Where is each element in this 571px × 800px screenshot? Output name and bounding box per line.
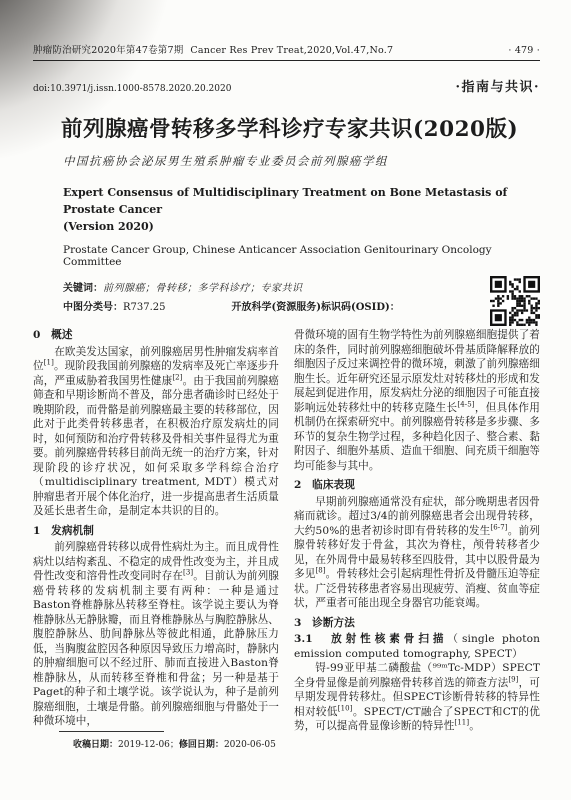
section-heading: 0 概述 xyxy=(33,328,279,343)
revised-date-label: 修回日期： xyxy=(179,740,224,750)
article-author-en: Prostate Cancer Group, Chinese Anticance… xyxy=(33,244,540,268)
article-title-cn: 前列腺癌骨转移多学科诊疗专家共识(2020版) xyxy=(33,112,540,143)
footnote-rule xyxy=(59,731,164,732)
doi-row: doi:10.3971/j.issn.1000-8578.2020.20.202… xyxy=(33,76,540,95)
body-column-right: 骨微环境的固有生物学特性为前列腺癌细胞提供了着床的条件，同时前列腺癌细胞破坏骨基… xyxy=(294,328,540,734)
paragraph: 骨微环境的固有生物学特性为前列腺癌细胞提供了着床的条件，同时前列腺癌细胞破坏骨基… xyxy=(294,328,540,473)
clc-value: R737.25 xyxy=(123,302,166,313)
journal-page: 肿瘤防治研究2020年第47卷第7期Cancer Res Prev Treat,… xyxy=(0,0,571,800)
section-heading: 1 发病机制 xyxy=(33,524,279,539)
article-meta: 关键词：前列腺癌；骨转移；多学科诊疗；专家共识 中图分类号：R737.25 开放… xyxy=(33,281,540,315)
paragraph: 锝-99亚甲基二磷酸盐（⁹⁹ᵐTc-MDP）SPECT全身骨显像是前列腺癌骨转移… xyxy=(294,661,540,734)
paragraph: 早期前列腺癌通常没有症状，部分晚期患者因骨痛而就诊。超过3/4的前列腺癌患者会出… xyxy=(294,495,540,611)
footnote-dates: 收稿日期：2019-12-06；修回日期：2020-06-05 xyxy=(33,737,293,750)
body-column-left: 0 概述在欧美发达国家，前列腺癌居男性肿瘤发病率首位[1]。现阶段我国前列腺癌的… xyxy=(33,328,279,734)
article-title-en-line1: Expert Consensus of Multidisciplinary Tr… xyxy=(63,184,520,218)
section-heading: 2 临床表现 xyxy=(294,478,540,493)
received-date-label: 收稿日期： xyxy=(73,740,118,750)
section-heading: 3 诊断方法 xyxy=(294,616,540,631)
column-tag: ·指南与共识· xyxy=(455,76,540,95)
page-number: · 479 · xyxy=(508,45,540,56)
paragraph: 在欧美发达国家，前列腺癌居男性肿瘤发病率首位[1]。现阶段我国前列腺癌的发病率及… xyxy=(33,345,279,519)
paragraph: 前列腺癌骨转移以成骨性病灶为主。而且成骨性病灶以结构紊乱、不稳定的成骨性改变为主… xyxy=(33,540,279,729)
journal-citation: 肿瘤防治研究2020年第47卷第7期Cancer Res Prev Treat,… xyxy=(33,42,400,56)
article-title-en: Expert Consensus of Multidisciplinary Tr… xyxy=(33,184,540,235)
article-author-cn: 中国抗癌协会泌尿男生殖系肿瘤专业委员会前列腺癌学组 xyxy=(33,153,540,169)
doi-text: doi:10.3971/j.issn.1000-8578.2020.20.202… xyxy=(33,84,231,94)
article-body: 0 概述在欧美发达国家，前列腺癌居男性肿瘤发病率首位[1]。现阶段我国前列腺癌的… xyxy=(33,328,540,734)
header-rule xyxy=(33,60,540,61)
subsection-heading: 3.1 放射性核素骨扫描（single photon emission comp… xyxy=(294,632,540,661)
osid-qr-code xyxy=(490,276,540,326)
received-date-value: 2019-12-06； xyxy=(118,740,179,750)
running-head: 肿瘤防治研究2020年第47卷第7期Cancer Res Prev Treat,… xyxy=(33,42,540,56)
footnote: 收稿日期：2019-12-06；修回日期：2020-06-05 xyxy=(33,731,293,750)
article-title-en-line2: (Version 2020) xyxy=(63,218,520,235)
journal-title-en: Cancer Res Prev Treat,2020,Vol.47,No.7 xyxy=(190,45,393,56)
classification-row: 中图分类号：R737.25 开放科学(资源服务)标识码(OSID)： xyxy=(63,300,478,315)
clc-label: 中图分类号： xyxy=(63,302,123,313)
journal-title-cn: 肿瘤防治研究2020年第47卷第7期 xyxy=(33,45,183,56)
keywords-row: 关键词：前列腺癌；骨转移；多学科诊疗；专家共识 xyxy=(63,281,478,296)
osid-label: 开放科学(资源服务)标识码(OSID)： xyxy=(232,300,400,315)
keywords-values: 前列腺癌；骨转移；多学科诊疗；专家共识 xyxy=(103,283,303,294)
clc-field: 中图分类号：R737.25 xyxy=(63,300,166,315)
revised-date-value: 2020-06-05 xyxy=(224,740,276,750)
keywords-label: 关键词： xyxy=(63,283,103,294)
